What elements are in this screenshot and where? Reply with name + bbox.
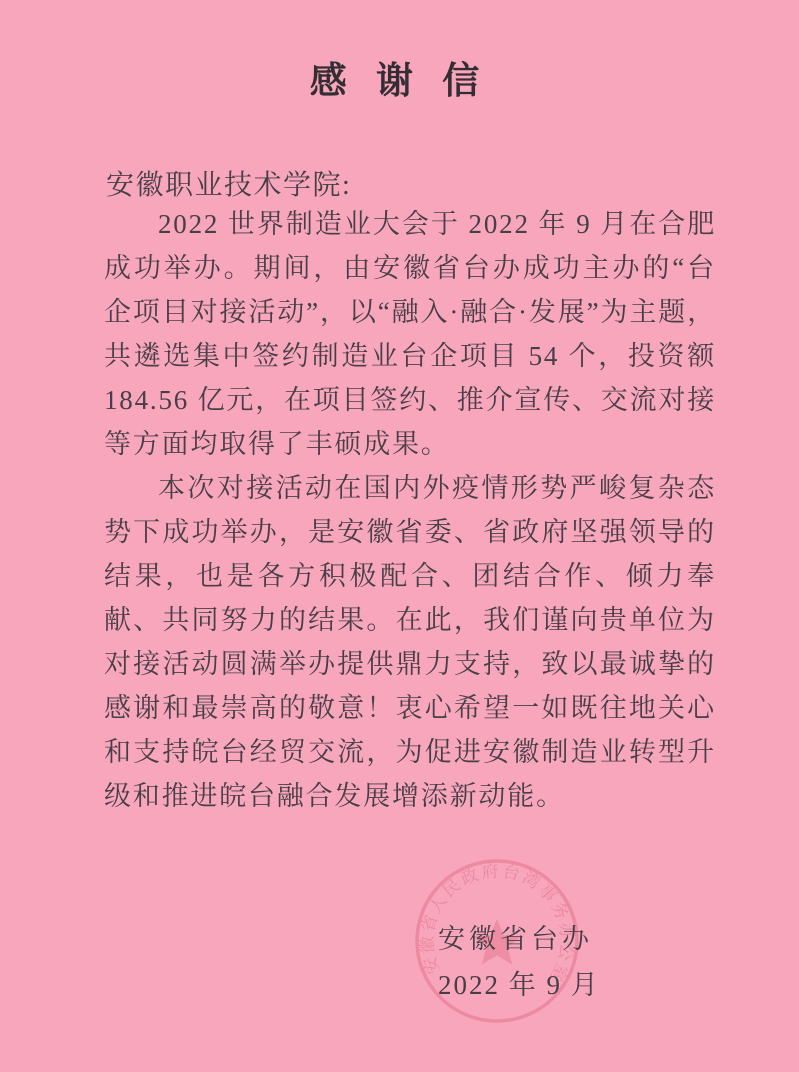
paragraph-1: 2022 世界制造业大会于 2022 年 9 月在合肥成功举办。期间，由安徽省台… <box>104 202 716 466</box>
letter-title: 感 谢 信 <box>0 50 799 104</box>
letter-body: 2022 世界制造业大会于 2022 年 9 月在合肥成功举办。期间，由安徽省台… <box>104 202 716 818</box>
salutation: 安徽职业技术学院: <box>106 163 351 203</box>
paragraph-2: 本次对接活动在国内外疫情形势严峻复杂态势下成功举办，是安徽省委、省政府坚强领导的… <box>104 466 716 818</box>
signature-org: 安徽省台办 <box>438 916 600 962</box>
signature-block: 安徽省台办 2022 年 9 月 <box>438 916 600 1008</box>
signature-date: 2022 年 9 月 <box>438 962 600 1008</box>
letter-page: 感 谢 信 安徽职业技术学院: 2022 世界制造业大会于 2022 年 9 月… <box>0 0 799 1072</box>
